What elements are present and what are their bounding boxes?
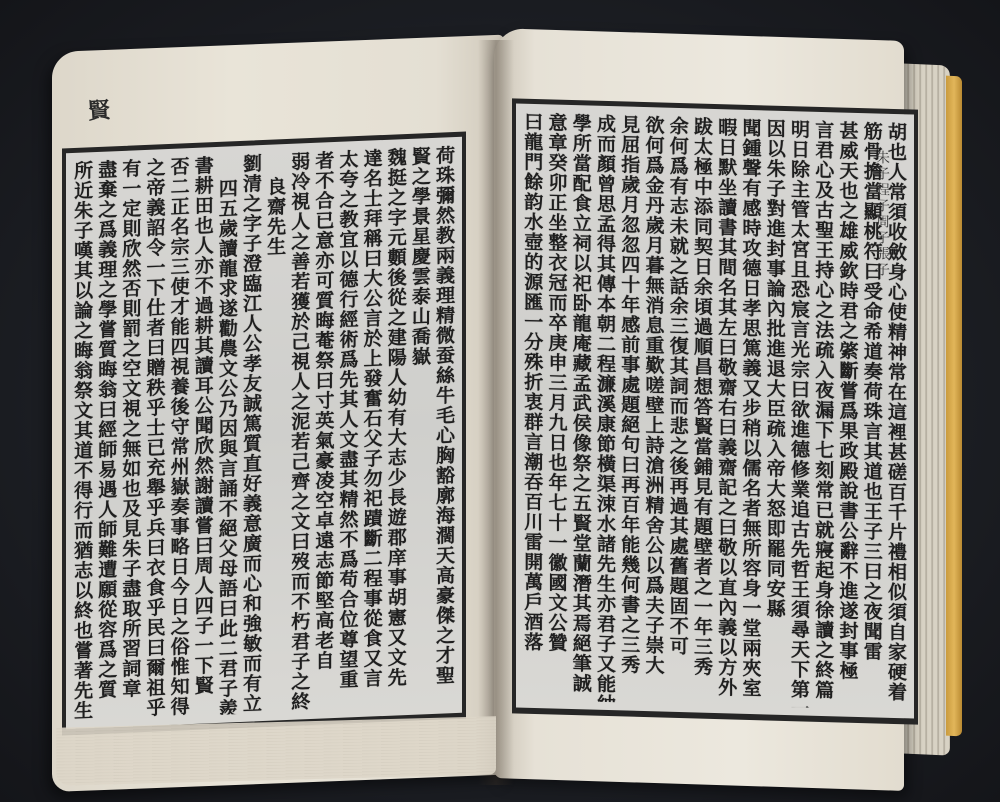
text-column: 四五歲讀龍求遂勸農文公乃因與言誦不絕父母語曰此二君子羨人讀 bbox=[217, 154, 239, 715]
text-column: 太夸之教宜以德行經術爲先其人文盡其精然不爲苟合位尊望重 bbox=[337, 149, 359, 710]
text-column: 聞鍾聲有感時攻德日孝思篤義又步稍以儒名者無所容身一堂兩夾室 bbox=[740, 118, 762, 707]
text-column: 言君心及古聖王持心之法疏入夜漏下七刻常已就寢起身徐讀之終篇 bbox=[813, 120, 835, 709]
text-column: 否二正名宗三使才能四視養後守常州嶽奏事略日今日之俗惟知得 bbox=[169, 156, 191, 717]
text-column: 欲何爲金丹歲月暮無消息重歎嗟壁上詩滄洲精舍公以爲夫子崇大 bbox=[643, 115, 665, 704]
right-page-side-strip: 朱子程子周子張子 bbox=[870, 150, 892, 711]
text-column: 者不合已意亦可質晦菴祭曰寸英氣豪凌空卓遠志節堅高老自 bbox=[313, 150, 335, 711]
text-column: 見屈指歲月忽忽四十年感前事處題絕句曰再百年能幾何書之三秀 bbox=[619, 114, 641, 703]
text-column: 意章癸卯正坐整衣冠而卒庚申三月九日也年七十一徽國文公贊 bbox=[546, 112, 568, 701]
text-column: 有一定則欣然否則罰之空文視之無如也及見朱子盡取所習詞章 bbox=[120, 158, 142, 719]
text-column: 余何爲有志未就之話余三復其詞而悲之後再過其處舊題固不可 bbox=[668, 116, 690, 705]
right-print-frame: 胡也人常須收斂身心使精神常在這裡甚磋百千片禮相似須自家硬着 筋骨擔當顯桃符曰受命… bbox=[512, 98, 918, 724]
section-heading-column: 良齋先生 bbox=[265, 152, 287, 713]
text-column: 所近朱子嘆其以論之晦翁祭文其道不得行而猶志以終也嘗著先生 bbox=[72, 160, 94, 721]
text-column: 達名士拜稱曰大公言於上發奮石父子勿祀蹟斷二程事從食又言 bbox=[362, 148, 384, 709]
text-column: 明日除主管太宮且恐宸言光宗曰欲進德修業追古先哲王須尋天下第一人 bbox=[789, 119, 811, 708]
text-column: 學所當配食立祠以祀卧龍庵藏孟武侯像祭之五賢堂蘭潛其焉絕筆誠 bbox=[571, 113, 593, 702]
text-column: 之帝義詔令一下仕者曰贈秩乎士已充舉乎兵曰衣食乎民曰爾祖乎 bbox=[144, 157, 166, 718]
text-column: 成而顏曾思孟得其傳本朝二程濂溪康節橫渠涑水諸先生亦君子又能紬 bbox=[595, 114, 617, 703]
text-column: 盡棄之爲義理之學嘗質晦翁曰經師易遇人師難遭願從容爲之質 bbox=[96, 159, 118, 720]
text-column: 荷珠彌然教兩義理精微蚕絲牛毛心胸豁廓海濶天高豪傑之才聖 bbox=[434, 145, 456, 706]
text-column: 劉清之字子澄臨江人公孝友誠篤質直好義意廣而心和強敏而有立 bbox=[241, 153, 263, 714]
text-column: 魏挺之字元䫫後從之建陽人幼有大志少長遊郡庠事胡憲又文先 bbox=[386, 147, 408, 708]
text-column: 賢之學景星慶雲泰山喬嶽 bbox=[410, 146, 432, 707]
text-column: 甚威天也之雄威欽時君之綮斷嘗爲果政殿說書公辭不進遂封事極 bbox=[837, 120, 859, 709]
text-column: 跋太極中添同契日余頃過順昌想答賢當鋪見有題壁者之一年三秀 bbox=[692, 116, 714, 705]
left-print-frame: 荷珠彌然教兩義理精微蚕絲牛毛心胸豁廓海濶天高豪傑之才聖 賢之學景星慶雲泰山喬嶽 … bbox=[62, 132, 466, 736]
text-column: 弱冷視人之善若獲於己視人之泥若己齊之文曰歿而不朽君子之終 bbox=[289, 151, 311, 712]
left-page-corner-mark: 賢 bbox=[87, 93, 111, 125]
left-text-columns: 荷珠彌然教兩義理精微蚕絲牛毛心胸豁廓海濶天高豪傑之才聖 賢之學景星慶雲泰山喬嶽 … bbox=[72, 145, 456, 721]
gilt-page-edge bbox=[946, 76, 962, 737]
right-text-columns: 胡也人常須收斂身心使精神常在這裡甚磋百千片禮相似須自家硬着 筋骨擔當顯桃符曰受命… bbox=[522, 112, 908, 711]
left-page-bottom-margin bbox=[56, 716, 496, 786]
text-column: 書耕田也人亦不過耕其讀耳公聞欣然謝讀嘗曰周人四子一下賢 bbox=[193, 155, 215, 716]
text-column: 曰龍門餘韵水壺的源匯一分殊折衷群言潮吞百川雷開萬戶酒落 bbox=[522, 112, 544, 701]
book-gutter bbox=[478, 40, 514, 785]
text-column: 暇日默坐讀書其間名其左曰敬齋右曰義齋記之曰敬以直內義以方外 bbox=[716, 117, 738, 706]
text-column: 因以朱子對進封事論內批進退大臣疏入帝大怒即罷同安縣 bbox=[765, 118, 787, 707]
